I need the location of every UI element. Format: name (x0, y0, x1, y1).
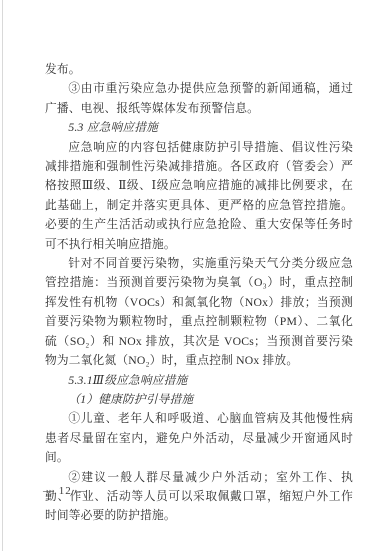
document-page: 发布。③由市重污染应急办提供应急预警的新闻通稿，通过广播、电视、报纸等媒体发布预… (0, 0, 390, 551)
section-heading: 5.3 应急响应措施 (45, 118, 353, 137)
section-heading: 5.3.1Ⅲ级应急响应措施 (45, 371, 353, 390)
paragraph: 针对不同首要污染物，实施重污染天气分类分级应急管控措施：当预测首要污染物为臭氧（… (45, 254, 353, 370)
paragraph: ③由市重污染应急办提供应急预警的新闻通稿，通过广播、电视、报纸等媒体发布预警信息… (45, 79, 353, 118)
section-heading: （1）健康防护引导措施 (45, 390, 353, 409)
page-edge-line (2, 0, 3, 551)
paragraph: 应急响应的内容包括健康防护引导措施、倡议性污染减排措施和强制性污染减排措施。各区… (45, 138, 353, 254)
paragraph: 发布。 (45, 60, 353, 79)
paragraph: ②建议一般人群尽量减少户外活动；室外工作、执勤、作业、活动等人员可以采取佩戴口罩… (45, 468, 353, 526)
document-body: 发布。③由市重污染应急办提供应急预警的新闻通稿，通过广播、电视、报纸等媒体发布预… (45, 60, 353, 526)
page-number: — 12 — (43, 485, 88, 497)
paragraph: ①儿童、老年人和呼吸道、心脑血管病及其他慢性病患者尽量留在室内，避免户外活动，尽… (45, 409, 353, 467)
